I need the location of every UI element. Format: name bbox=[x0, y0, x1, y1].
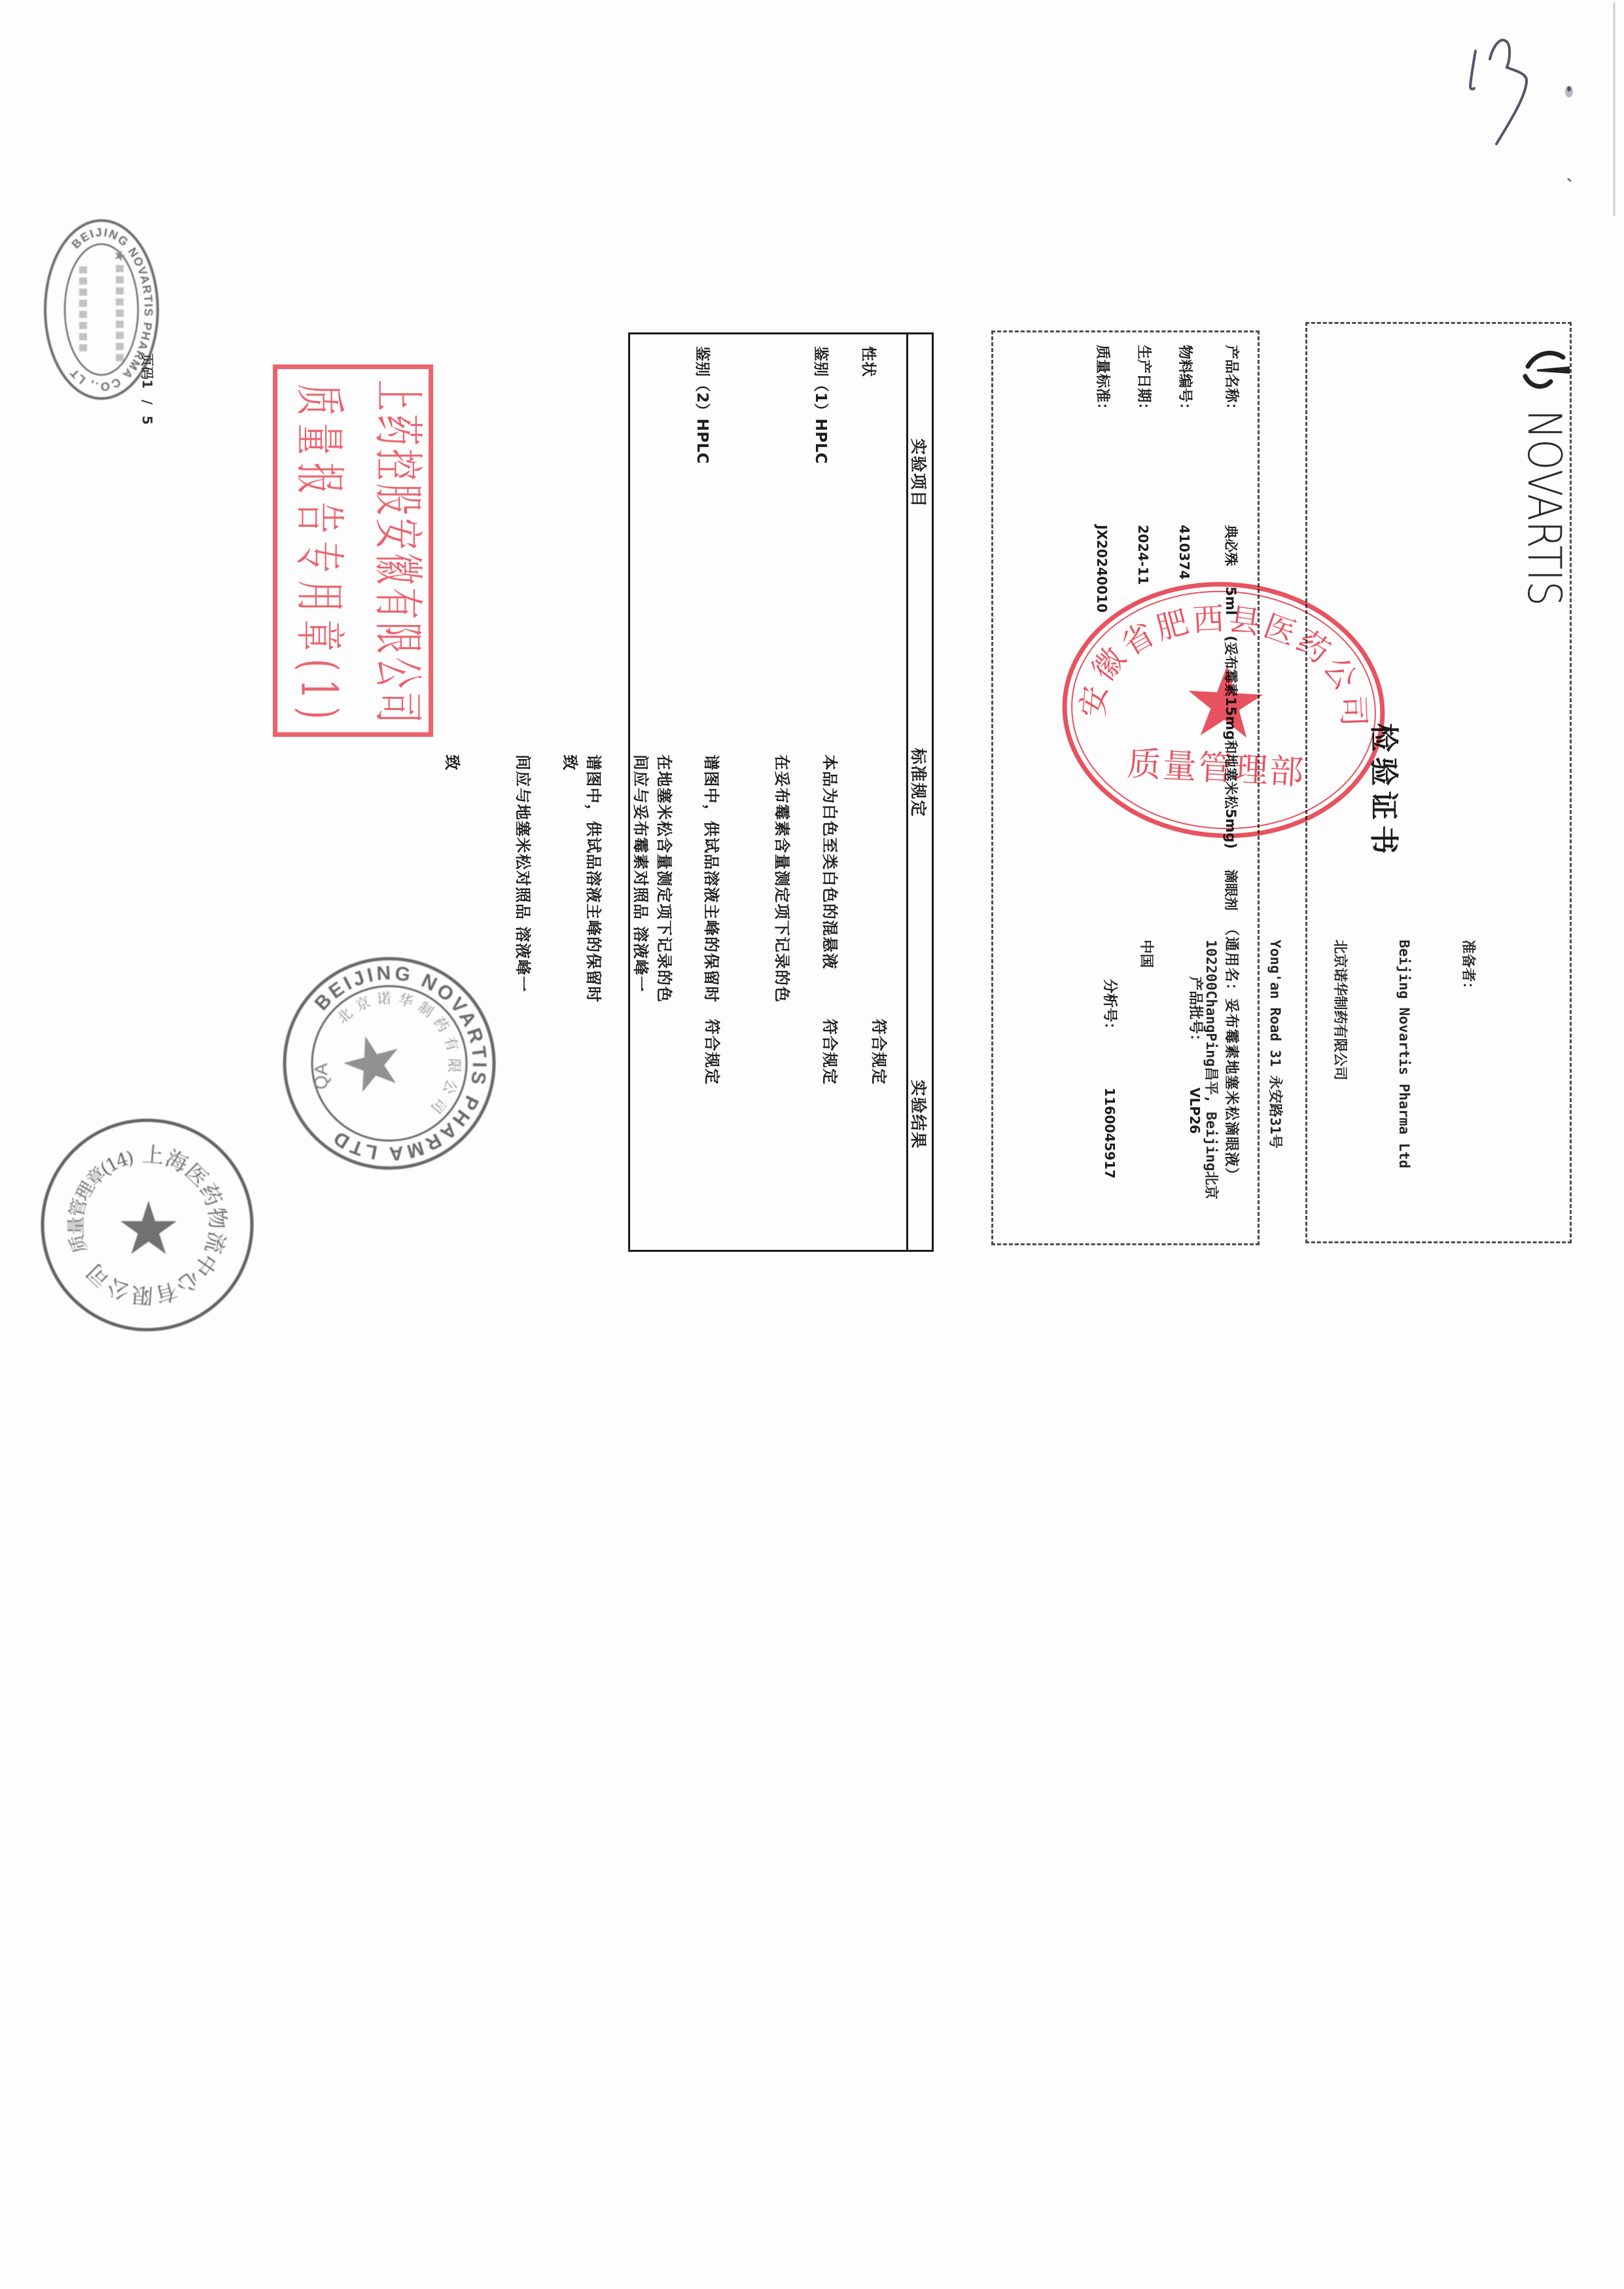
star-icon bbox=[115, 250, 126, 261]
stamp-center-text: 质量管理部 bbox=[1126, 744, 1305, 792]
column-header-standard: 标准规定 bbox=[906, 748, 930, 817]
stamp-side-text: QA bbox=[311, 1063, 331, 1090]
standard-line: 在妥布霉素含量测定项下记录的色 bbox=[770, 754, 794, 1003]
test-results-table: 实验项目 标准规定 实验结果 性状 本品为白色至类白色的混悬液 符合规定 鉴别（… bbox=[628, 332, 934, 1252]
preparer-line: Beijing Novartis Pharma Ltd bbox=[1392, 940, 1414, 1199]
table-row-item: 鉴别（1）HPLC bbox=[809, 346, 832, 464]
pharmacy-quality-stamp: 安徽省肥西县医药公司 质量管理部 bbox=[1047, 569, 1400, 857]
quality-report-stamp: 上药控股安徽有限公司 质量报告专用章(1) bbox=[273, 364, 433, 737]
table-row-item: 性状 bbox=[856, 346, 880, 377]
analysis-number-value: 1160045917 bbox=[1103, 1088, 1116, 1179]
header-divider bbox=[906, 334, 908, 1250]
production-date-label: 生产日期： bbox=[1136, 345, 1150, 417]
stamp-inner-text: 北京诺华制药有限公司 bbox=[334, 991, 462, 1116]
product-name-label: 产品名称： bbox=[1224, 345, 1238, 417]
quality-standard-label: 质量标准： bbox=[1095, 345, 1109, 417]
table-row-result: 符合规定 bbox=[700, 1019, 724, 1085]
handwritten-digit-1 bbox=[1470, 51, 1475, 89]
logistics-quality-stamp: 上海医药物流中心有限公司 质量管理章(14) bbox=[36, 1109, 265, 1338]
stamp-outer-text: BEIJING NOVARTIS PHARMA LTD bbox=[311, 963, 490, 1165]
novartis-round-stamp: BEIJING NOVARTIS PHARMA LTD 北京诺华制药有限公司 Q… bbox=[275, 949, 504, 1178]
star-icon bbox=[120, 1201, 177, 1254]
star-icon bbox=[1186, 664, 1265, 738]
standard-line: 谱图中，供试品溶液主峰的保留时 bbox=[582, 754, 605, 1003]
table-row-result: 符合规定 bbox=[867, 1019, 891, 1085]
table-row-item: 鉴别（2）HPLC bbox=[690, 346, 714, 464]
column-header-result: 实验结果 bbox=[906, 1080, 930, 1149]
svg-text:质量管理章(14): 质量管理章(14) bbox=[65, 1146, 136, 1255]
material-number-label: 物料编号： bbox=[1177, 345, 1192, 417]
column-header-test-item: 实验项目 bbox=[906, 438, 930, 508]
preparer-line: Yong'an Road 31 永安路31号 bbox=[1263, 940, 1285, 1199]
preparer-label: 准备者： bbox=[1457, 940, 1479, 1199]
novartis-flame-icon bbox=[1523, 347, 1570, 395]
batch-number-label: 产品批号： bbox=[1188, 976, 1202, 1048]
page-number: 页码1 / 5 bbox=[141, 353, 154, 425]
batch-number-value: VLP26 bbox=[1188, 1088, 1201, 1134]
standard-line: 在地塞米松含量测定项下记录的色 bbox=[652, 754, 676, 1003]
stamp-purpose: 质量报告专用章(1) bbox=[294, 384, 344, 727]
stamp-company-name: 上药控股安徽有限公司 bbox=[372, 380, 423, 726]
handwritten-digit-3 bbox=[1490, 40, 1527, 144]
preparer-line: 北京诺华制药有限公司 bbox=[1328, 940, 1350, 1199]
stamp-inner-text: 质量管理章(14) bbox=[65, 1146, 136, 1255]
novartis-logo-text: NOVARTIS bbox=[1521, 410, 1567, 606]
standard-line: 间应与地塞米松对照品 溶液峰一 bbox=[511, 754, 535, 1003]
generic-name-value: （通用名：妥布霉素地塞米松滴眼液） bbox=[1224, 921, 1238, 1183]
svg-text:BEIJING NOVARTIS PHARMA LTD: BEIJING NOVARTIS PHARMA LTD bbox=[311, 963, 490, 1165]
handwritten-annotation: 13. bbox=[1439, 0, 1624, 222]
analysis-number-label: 分析号： bbox=[1102, 979, 1116, 1037]
svg-text:北京诺华制药有限公司: 北京诺华制药有限公司 bbox=[334, 991, 462, 1116]
table-row-result: 符合规定 bbox=[818, 1019, 841, 1085]
star-icon bbox=[338, 1029, 406, 1095]
small-mark bbox=[1568, 179, 1571, 181]
